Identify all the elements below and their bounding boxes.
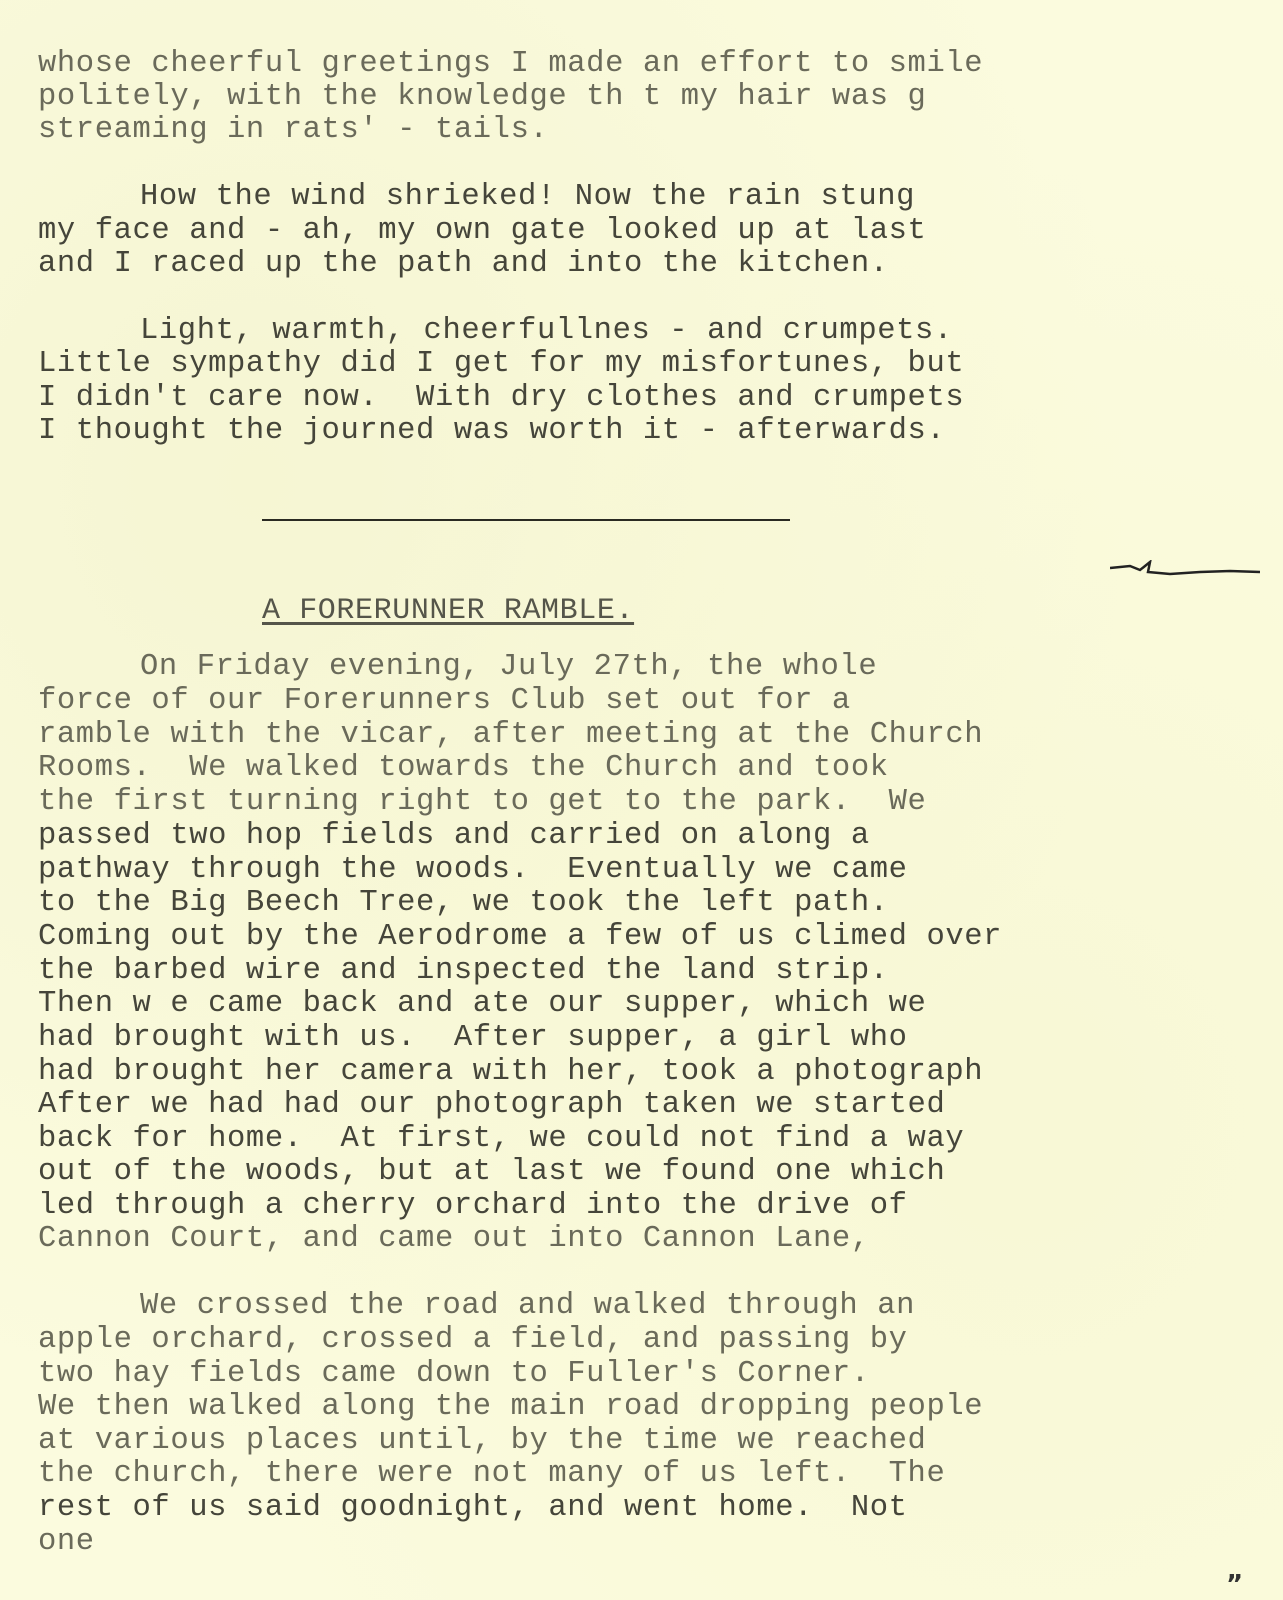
text-line: We crossed the road and walked through a… (140, 1289, 915, 1323)
text-line: passed two hop fields and carried on alo… (38, 819, 870, 853)
text-line: We then walked along the main road dropp… (38, 1390, 983, 1424)
corner-quote-mark: ” (1226, 1570, 1243, 1600)
section-divider (262, 519, 790, 521)
text-line: Light, warmth, cheerfullnes - and crumpe… (140, 314, 953, 348)
text-line: at various places until, by the time we … (38, 1424, 926, 1458)
text-line: the church, there were not many of us le… (38, 1457, 945, 1491)
section-title: A FORERUNNER RAMBLE. (262, 594, 634, 628)
text-line: my face and - ah, my own gate looked up … (38, 214, 926, 248)
text-line: On Friday evening, July 27th, the whole (140, 650, 877, 684)
text-line: out of the woods, but at last we found o… (38, 1155, 945, 1189)
text-line: Then w e came back and ate our supper, w… (38, 987, 926, 1021)
text-line: led through a cherry orchard into the dr… (38, 1189, 908, 1223)
text-line: streaming in rats' - tails. (38, 113, 548, 147)
ink-scratch-mark (1110, 560, 1260, 580)
text-line: apple orchard, crossed a field, and pass… (38, 1323, 908, 1357)
text-line: to the Big Beech Tree, we took the left … (38, 886, 889, 920)
text-line: the first turning right to get to the pa… (38, 785, 926, 819)
text-line: How the wind shrieked! Now the rain stun… (140, 180, 915, 214)
text-line: Little sympathy did I get for my misfort… (38, 347, 964, 381)
text-line: I thought the journed was worth it - aft… (38, 414, 945, 448)
text-line: Cannon Court, and came out into Cannon L… (38, 1222, 870, 1256)
text-line: pathway through the woods. Eventually we… (38, 853, 908, 887)
text-line: Rooms. We walked towards the Church and … (38, 751, 889, 785)
text-line: one (38, 1525, 95, 1559)
text-line: whose cheerful greetings I made an effor… (38, 47, 983, 81)
text-line: back for home. At first, we could not fi… (38, 1122, 964, 1156)
text-line: politely, with the knowledge th t my hai… (38, 80, 926, 114)
text-line: two hay fields came down to Fuller's Cor… (38, 1357, 870, 1391)
text-line: and I raced up the path and into the kit… (38, 247, 889, 281)
text-line: I didn't care now. With dry clothes and … (38, 381, 964, 415)
text-line: Coming out by the Aerodrome a few of us … (38, 920, 1002, 954)
text-line: After we had had our photograph taken we… (38, 1088, 945, 1122)
text-line: the barbed wire and inspected the land s… (38, 954, 889, 988)
document-page: whose cheerful greetings I made an effor… (0, 0, 1283, 1600)
text-line: ramble with the vicar, after meeting at … (38, 718, 983, 752)
text-line: rest of us said goodnight, and went home… (38, 1491, 908, 1525)
text-line: had brought her camera with her, took a … (38, 1055, 983, 1089)
text-line: had brought with us. After supper, a gir… (38, 1021, 908, 1055)
text-line: force of our Forerunners Club set out fo… (38, 684, 851, 718)
